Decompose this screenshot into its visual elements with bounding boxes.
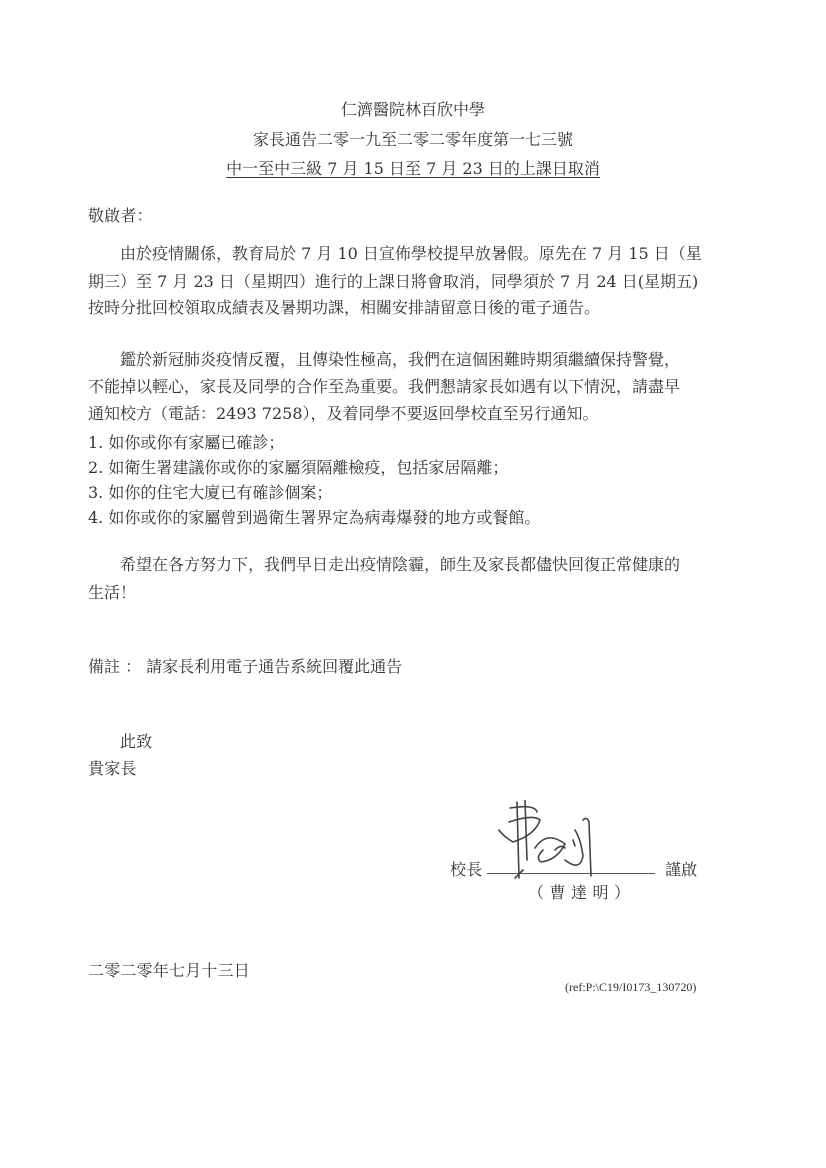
paragraph-line: 由於疫情關係，教育局於 7 月 10 日宣佈學校提早放暑假。原先在 7 月 15…: [120, 241, 760, 264]
notice-subject-text: 中一至中三級 7 月 15 日至 7 月 23 日的上課日取消: [226, 159, 600, 178]
paragraph-line: 生活！: [88, 580, 728, 603]
closing-line-2: 貴家長: [88, 756, 137, 779]
paragraph-line: 希望在各方努力下，我們早日走出疫情陰霾，師生及家長都儘快回復正常健康的: [120, 552, 760, 575]
paragraph-line: 通知校方（電話：2493 7258），及着同學不要返回學校直至另行通知。: [88, 401, 728, 424]
salutation: 敬啟者：: [88, 203, 153, 226]
signatory-suffix: 謹啟: [665, 857, 697, 880]
notice-number: 家長通告二零一九至二零二零年度第一七三號: [0, 127, 826, 150]
paragraph-line: 鑑於新冠肺炎疫情反覆，且傳染性極高，我們在這個困難時期須繼續保持警覺，: [120, 347, 760, 370]
list-item: 4. 如你或你的家屬曾到過衛生署界定為病毒爆發的地方或餐館。: [88, 505, 728, 528]
school-name: 仁濟醫院林百欣中學: [0, 97, 826, 120]
remark: 備註 ： 請家長利用電子通告系統回覆此通告: [88, 654, 728, 677]
list-item: 1. 如你或你有家屬已確診；: [88, 430, 728, 453]
signatory-name: （ 曹 達 明 ）: [528, 880, 630, 903]
list-item: 2. 如衛生署建議你或你的家屬須隔離檢疫，包括家居隔離；: [88, 455, 728, 478]
reference-code: (ref:P:\C19/I0173_130720): [565, 980, 696, 995]
handwritten-signature-icon: [495, 800, 645, 880]
closing-line-1: 此致: [120, 729, 152, 752]
paragraph-line: 按時分批回校領取成績表及暑期功課，相關安排請留意日後的電子通告。: [88, 295, 728, 318]
list-item: 3. 如你的住宅大廈已有確診個案；: [88, 480, 728, 503]
paragraph-line: 不能掉以輕心，家長及同學的合作至為重要。我們懇請家長如遇有以下情況，請盡早: [88, 374, 728, 397]
notice-subject: 中一至中三級 7 月 15 日至 7 月 23 日的上課日取消: [0, 156, 826, 179]
paragraph-line: 期三）至 7 月 23 日（星期四）進行的上課日將會取消，同學須於 7 月 24…: [88, 269, 728, 292]
signatory-title: 校長: [450, 857, 482, 880]
issue-date: 二零二零年七月十三日: [88, 958, 250, 981]
